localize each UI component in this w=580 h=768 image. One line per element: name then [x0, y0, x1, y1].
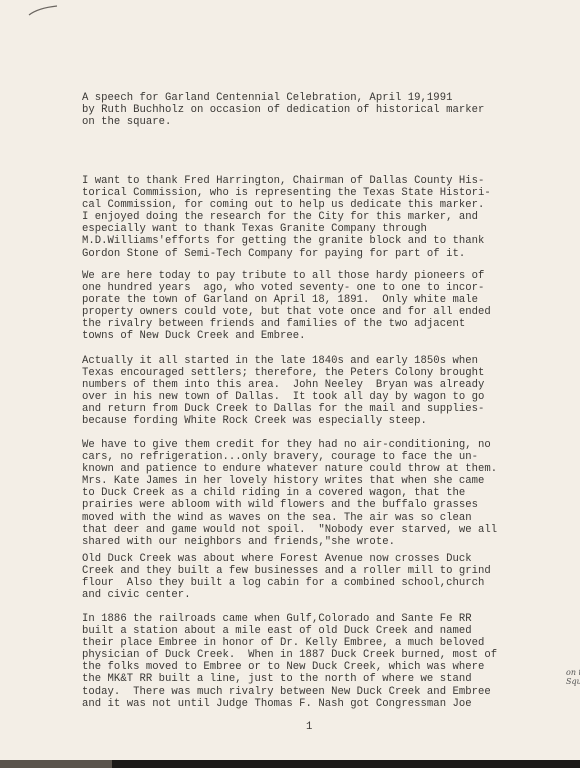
paragraph-railroads: In 1886 the railroads came when Gulf,Col…: [82, 613, 532, 710]
pen-mark-icon: [28, 4, 58, 16]
scan-bottom-edge: [0, 760, 580, 768]
handwritten-margin-note: on t Squa: [566, 668, 580, 686]
paragraph-thanks: I want to thank Fred Harrington, Chairma…: [82, 175, 532, 260]
paragraph-old-duck-creek: Old Duck Creek was about where Forest Av…: [82, 553, 532, 601]
paragraph-tribute: We are here today to pay tribute to all …: [82, 270, 532, 343]
page-number: 1: [306, 721, 312, 733]
speech-heading: A speech for Garland Centennial Celebrat…: [82, 92, 532, 128]
paragraph-pioneer-credit: We have to give them credit for they had…: [82, 439, 532, 548]
paragraph-history-start: Actually it all started in the late 1840…: [82, 355, 532, 428]
document-page: A speech for Garland Centennial Celebrat…: [0, 0, 580, 760]
